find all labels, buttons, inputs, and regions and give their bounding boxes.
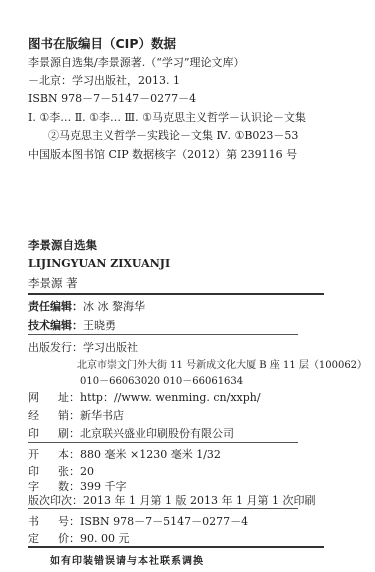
cip-line-3: ISBN 978－7－5147－0277－4 bbox=[28, 90, 196, 106]
format-value: 880 毫米 ×1230 毫米 1/32 bbox=[80, 448, 221, 461]
printer-value: 北京联兴盛业印刷股份有限公司 bbox=[80, 427, 234, 440]
publisher-name: 学习出版社 bbox=[83, 341, 138, 354]
publisher-phones: 010－66063020 010－66061634 bbox=[80, 372, 243, 387]
price-label-a: 定 bbox=[28, 530, 58, 546]
cip-line-1: 李景源自选集/李景源著.（“学习”理论文库） bbox=[28, 54, 244, 70]
edition-label: 版次印次： bbox=[28, 492, 83, 508]
book-title-pinyin: LIJINGYUAN ZIXUANJI bbox=[28, 257, 170, 270]
distributor-row: 经销：新华书店 bbox=[28, 407, 124, 423]
format-row: 开本：880 毫米 ×1230 毫米 1/32 bbox=[28, 446, 221, 462]
website-label-b: 址： bbox=[58, 391, 80, 404]
divider-author bbox=[28, 293, 324, 295]
editor-label: 责任编辑： bbox=[28, 298, 83, 314]
isbn-label-a: 书 bbox=[28, 513, 58, 529]
publisher-label: 出版发行： bbox=[28, 339, 83, 355]
tech-editor-row: 技术编辑：王晓勇 bbox=[28, 317, 116, 333]
book-author: 李景源 著 bbox=[28, 275, 78, 291]
editor-value: 冰 冰 黎海华 bbox=[83, 300, 145, 313]
distributor-value: 新华书店 bbox=[80, 409, 124, 422]
cip-line-4: Ⅰ. ①李… Ⅱ. ①李… Ⅲ. ①马克思主义哲学－认识论－文集 bbox=[28, 109, 306, 125]
price-value: 90. 00 元 bbox=[80, 532, 129, 545]
tech-editor-label: 技术编辑： bbox=[28, 317, 83, 333]
divider-credits bbox=[28, 334, 298, 335]
website-row: 网址：http：//www. wenming. cn/xxph/ bbox=[28, 389, 261, 405]
website-value[interactable]: http：//www. wenming. cn/xxph/ bbox=[80, 391, 261, 404]
printer-label-a: 印 bbox=[28, 425, 58, 441]
divider-specs bbox=[28, 508, 298, 509]
sheets-value: 20 bbox=[80, 465, 94, 478]
cip-line-6: 中国版本图书馆 CIP 数据核字（2012）第 239116 号 bbox=[28, 146, 297, 162]
book-title: 李景源自选集 bbox=[28, 237, 97, 253]
publisher-address: 北京市崇文门外大街 11 号新成文化大厦 B 座 11 层（100062） bbox=[77, 356, 367, 371]
printer-row: 印刷：北京联兴盛业印刷股份有限公司 bbox=[28, 425, 234, 441]
isbn-value: ISBN 978－7－5147－0277－4 bbox=[80, 515, 248, 528]
edition-value: 2013 年 1 月第 1 版 2013 年 1 月第 1 次印刷 bbox=[83, 494, 315, 507]
price-label-b: 价： bbox=[58, 532, 80, 545]
divider-price bbox=[28, 546, 324, 548]
format-label-b: 本： bbox=[58, 448, 80, 461]
editor-row: 责任编辑：冰 冰 黎海华 bbox=[28, 298, 145, 314]
divider-publisher bbox=[28, 442, 298, 443]
distributor-label-b: 销： bbox=[58, 409, 80, 422]
isbn-label-b: 号： bbox=[58, 515, 80, 528]
sheets-label-a: 印 bbox=[28, 463, 58, 479]
website-label-a: 网 bbox=[28, 389, 58, 405]
printer-label-b: 刷： bbox=[58, 427, 80, 440]
tech-editor-value: 王晓勇 bbox=[83, 319, 116, 332]
format-label-a: 开 bbox=[28, 446, 58, 462]
cip-heading: 图书在版编目（CIP）数据 bbox=[28, 34, 176, 52]
sheets-label-b: 张： bbox=[58, 465, 80, 478]
footer-note: 如有印装错误请与本社联系调换 bbox=[50, 552, 204, 567]
isbn-row: 书号：ISBN 978－7－5147－0277－4 bbox=[28, 513, 248, 529]
cip-line-2: －北京：学习出版社，2013. 1 bbox=[28, 72, 180, 88]
publisher-row: 出版发行：学习出版社 bbox=[28, 339, 138, 355]
price-row: 定价：90. 00 元 bbox=[28, 530, 129, 546]
distributor-label-a: 经 bbox=[28, 407, 58, 423]
edition-row: 版次印次：2013 年 1 月第 1 版 2013 年 1 月第 1 次印刷 bbox=[28, 492, 315, 508]
cip-line-5: ②马克思主义哲学－实践论－文集 Ⅳ. ①B023－53 bbox=[48, 127, 298, 143]
sheets-row: 印张：20 bbox=[28, 463, 94, 479]
